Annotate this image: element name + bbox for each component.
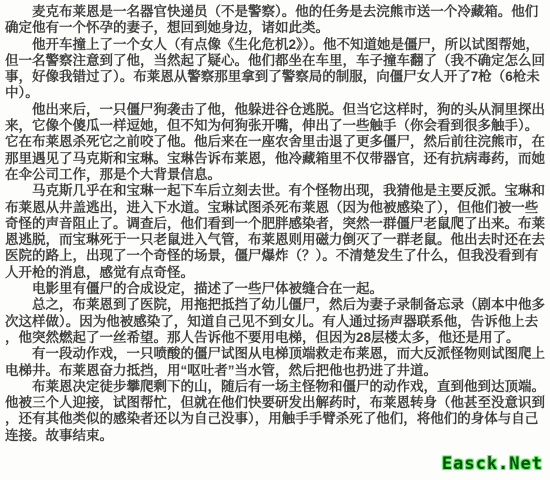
watermark-easck: Easck.Net bbox=[442, 454, 543, 474]
paragraph: 他开车撞上了一个女人（有点像《生化危机2》）。他不知道她是僵尸，所以试图帮她，但… bbox=[5, 37, 545, 102]
paragraph: 有一段动作戏，一只喷酸的僵尸试图从电梯顶端救走布莱恩，而大反派怪物则试图爬上电梯… bbox=[5, 346, 545, 379]
article-body: 麦克布莱恩是一名器官快递员（不是警察）。他的任务是去浣熊市送一个冷藏箱。他们确定… bbox=[0, 0, 550, 444]
paragraph: 布莱恩决定徒步攀爬剩下的山，随后有一场主怪物和僵尸的动作戏，直到他到达顶端。他被… bbox=[5, 379, 545, 444]
paragraph: 电影里有僵尸的合成设定，描述了一些尸体被缝合在一起。 bbox=[5, 281, 545, 297]
paragraph: 他出来后，一只僵尸狗袭击了他，他躲进谷仓逃脱。但当它这样时，狗的头从洞里探出来，… bbox=[5, 102, 545, 183]
paragraph: 总之，布莱恩到了医院，用拖把抵挡了幼儿僵尸，然后为妻子录制备忘录（剧本中他多次这… bbox=[5, 297, 545, 346]
paragraph: 马克斯几乎在和宝琳一起下车后立刻去世。有个怪物出现，我猜他是主要反派。宝琳和布莱… bbox=[5, 183, 545, 281]
paragraph: 麦克布莱恩是一名器官快递员（不是警察）。他的任务是去浣熊市送一个冷藏箱。他们确定… bbox=[5, 4, 545, 37]
